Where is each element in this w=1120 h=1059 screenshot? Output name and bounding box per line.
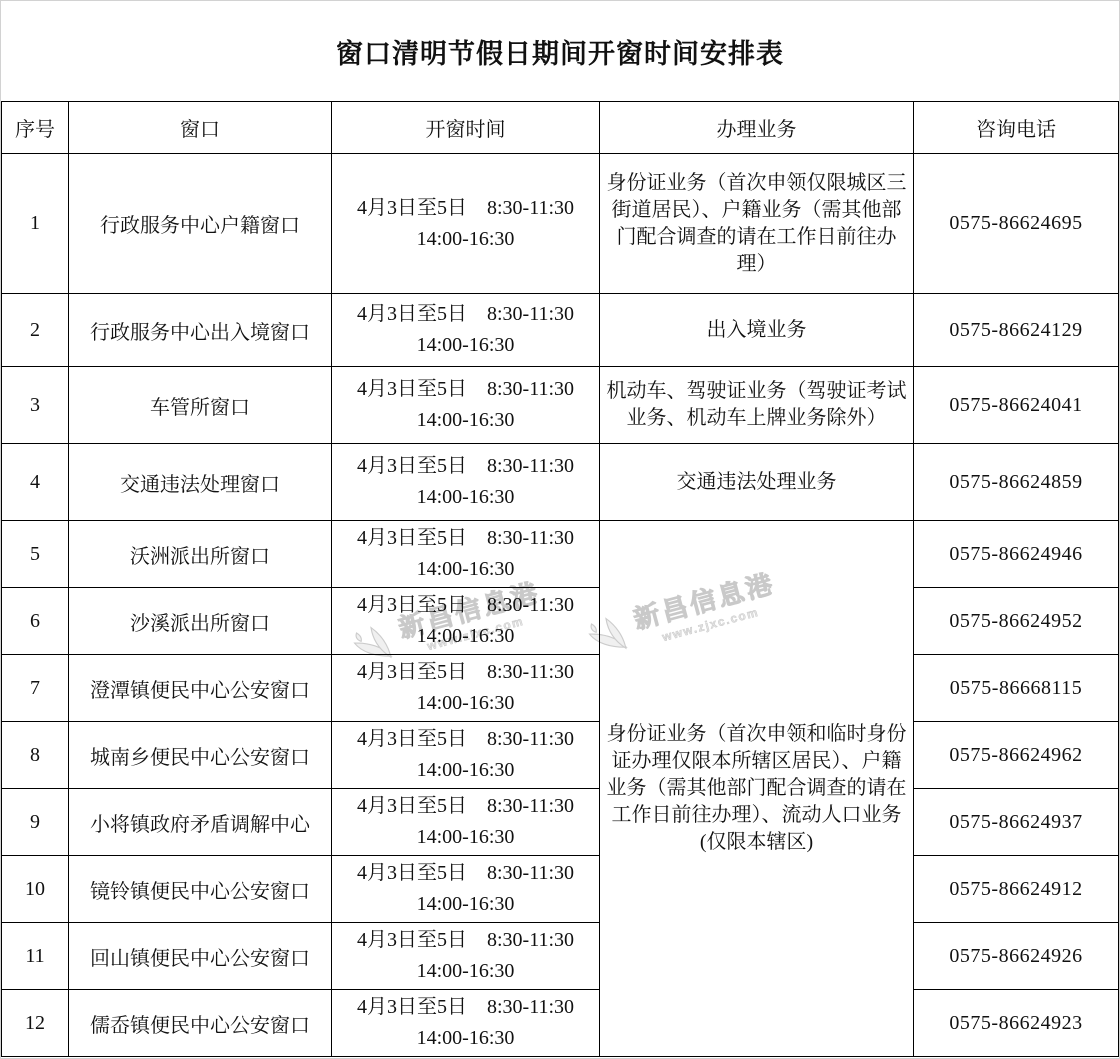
cell-phone: 0575-86624859 bbox=[914, 444, 1119, 521]
open-time-line: 4月3日至5日 8:30-11:30 bbox=[338, 299, 593, 330]
cell-open-time: 4月3日至5日 8:30-11:30 14:00-16:30 bbox=[332, 588, 600, 655]
cell-phone: 0575-86624946 bbox=[914, 521, 1119, 588]
open-time-line: 4月3日至5日 8:30-11:30 bbox=[338, 193, 593, 224]
cell-phone: 0575-86624926 bbox=[914, 923, 1119, 990]
cell-open-time: 4月3日至5日 8:30-11:30 14:00-16:30 bbox=[332, 856, 600, 923]
table-row: 4 交通违法处理窗口 4月3日至5日 8:30-11:30 14:00-16:3… bbox=[2, 444, 1119, 521]
cell-service-merged: 身份证业务（首次申领和临时身份证办理仅限本所辖区居民）、户籍业务（需其他部门配合… bbox=[600, 521, 914, 1057]
cell-no: 3 bbox=[2, 367, 69, 444]
cell-no: 11 bbox=[2, 923, 69, 990]
open-time-line: 14:00-16:30 bbox=[338, 330, 593, 361]
cell-no: 12 bbox=[2, 990, 69, 1057]
cell-open-time: 4月3日至5日 8:30-11:30 14:00-16:30 bbox=[332, 655, 600, 722]
cell-open-time: 4月3日至5日 8:30-11:30 14:00-16:30 bbox=[332, 444, 600, 521]
cell-phone: 0575-86624129 bbox=[914, 294, 1119, 367]
col-header-open-time: 开窗时间 bbox=[332, 102, 600, 154]
cell-phone: 0575-86624962 bbox=[914, 722, 1119, 789]
cell-window: 车管所窗口 bbox=[69, 367, 332, 444]
cell-no: 1 bbox=[2, 154, 69, 294]
open-time-line: 14:00-16:30 bbox=[338, 956, 593, 987]
cell-open-time: 4月3日至5日 8:30-11:30 14:00-16:30 bbox=[332, 990, 600, 1057]
cell-phone: 0575-86624952 bbox=[914, 588, 1119, 655]
cell-window: 沙溪派出所窗口 bbox=[69, 588, 332, 655]
cell-open-time: 4月3日至5日 8:30-11:30 14:00-16:30 bbox=[332, 367, 600, 444]
open-time-line: 14:00-16:30 bbox=[338, 688, 593, 719]
schedule-table: 序号 窗口 开窗时间 办理业务 咨询电话 1 行政服务中心户籍窗口 4月3日至5… bbox=[1, 101, 1119, 1057]
cell-window: 儒岙镇便民中心公安窗口 bbox=[69, 990, 332, 1057]
cell-no: 2 bbox=[2, 294, 69, 367]
table-row: 11 回山镇便民中心公安窗口 4月3日至5日 8:30-11:30 14:00-… bbox=[2, 923, 1119, 990]
table-row: 12 儒岙镇便民中心公安窗口 4月3日至5日 8:30-11:30 14:00-… bbox=[2, 990, 1119, 1057]
cell-phone: 0575-86624937 bbox=[914, 789, 1119, 856]
cell-window: 回山镇便民中心公安窗口 bbox=[69, 923, 332, 990]
page-title: 窗口清明节假日期间开窗时间安排表 bbox=[336, 32, 784, 71]
cell-window: 澄潭镇便民中心公安窗口 bbox=[69, 655, 332, 722]
header-row: 序号 窗口 开窗时间 办理业务 咨询电话 bbox=[2, 102, 1119, 154]
open-time-line: 14:00-16:30 bbox=[338, 405, 593, 436]
open-time-line: 4月3日至5日 8:30-11:30 bbox=[338, 374, 593, 405]
cell-phone: 0575-86624041 bbox=[914, 367, 1119, 444]
cell-no: 10 bbox=[2, 856, 69, 923]
cell-open-time: 4月3日至5日 8:30-11:30 14:00-16:30 bbox=[332, 923, 600, 990]
col-header-window: 窗口 bbox=[69, 102, 332, 154]
cell-window: 交通违法处理窗口 bbox=[69, 444, 332, 521]
table-row: 10 镜铃镇便民中心公安窗口 4月3日至5日 8:30-11:30 14:00-… bbox=[2, 856, 1119, 923]
open-time-line: 4月3日至5日 8:30-11:30 bbox=[338, 992, 593, 1023]
open-time-line: 14:00-16:30 bbox=[338, 621, 593, 652]
open-time-line: 4月3日至5日 8:30-11:30 bbox=[338, 590, 593, 621]
open-time-line: 4月3日至5日 8:30-11:30 bbox=[338, 858, 593, 889]
open-time-line: 4月3日至5日 8:30-11:30 bbox=[338, 657, 593, 688]
open-time-line: 14:00-16:30 bbox=[338, 554, 593, 585]
table-row: 9 小将镇政府矛盾调解中心 4月3日至5日 8:30-11:30 14:00-1… bbox=[2, 789, 1119, 856]
cell-no: 7 bbox=[2, 655, 69, 722]
table-row: 6 沙溪派出所窗口 4月3日至5日 8:30-11:30 14:00-16:30… bbox=[2, 588, 1119, 655]
cell-no: 8 bbox=[2, 722, 69, 789]
table-row: 3 车管所窗口 4月3日至5日 8:30-11:30 14:00-16:30 机… bbox=[2, 367, 1119, 444]
table-row: 7 澄潭镇便民中心公安窗口 4月3日至5日 8:30-11:30 14:00-1… bbox=[2, 655, 1119, 722]
table-row: 8 城南乡便民中心公安窗口 4月3日至5日 8:30-11:30 14:00-1… bbox=[2, 722, 1119, 789]
cell-phone: 0575-86624912 bbox=[914, 856, 1119, 923]
cell-open-time: 4月3日至5日 8:30-11:30 14:00-16:30 bbox=[332, 294, 600, 367]
cell-window: 城南乡便民中心公安窗口 bbox=[69, 722, 332, 789]
table-row: 2 行政服务中心出入境窗口 4月3日至5日 8:30-11:30 14:00-1… bbox=[2, 294, 1119, 367]
open-time-line: 14:00-16:30 bbox=[338, 889, 593, 920]
title-area: 窗口清明节假日期间开窗时间安排表 bbox=[1, 1, 1119, 101]
table-row: 1 行政服务中心户籍窗口 4月3日至5日 8:30-11:30 14:00-16… bbox=[2, 154, 1119, 294]
cell-no: 6 bbox=[2, 588, 69, 655]
cell-window: 镜铃镇便民中心公安窗口 bbox=[69, 856, 332, 923]
open-time-line: 4月3日至5日 8:30-11:30 bbox=[338, 523, 593, 554]
cell-open-time: 4月3日至5日 8:30-11:30 14:00-16:30 bbox=[332, 154, 600, 294]
open-time-line: 14:00-16:30 bbox=[338, 822, 593, 853]
table-row: 5 沃洲派出所窗口 4月3日至5日 8:30-11:30 14:00-16:30… bbox=[2, 521, 1119, 588]
cell-service: 身份证业务（首次申领仅限城区三街道居民）、户籍业务（需其他部门配合调查的请在工作… bbox=[600, 154, 914, 294]
col-header-service: 办理业务 bbox=[600, 102, 914, 154]
announcement-page: 新昌信息港 www.zjxc.com 新昌信息港 www.zjxc.com 窗口… bbox=[0, 0, 1120, 1059]
cell-service: 交通违法处理业务 bbox=[600, 444, 914, 521]
open-time-line: 4月3日至5日 8:30-11:30 bbox=[338, 451, 593, 482]
open-time-line: 14:00-16:30 bbox=[338, 482, 593, 513]
col-header-no: 序号 bbox=[2, 102, 69, 154]
cell-phone: 0575-86624695 bbox=[914, 154, 1119, 294]
open-time-line: 14:00-16:30 bbox=[338, 755, 593, 786]
cell-open-time: 4月3日至5日 8:30-11:30 14:00-16:30 bbox=[332, 789, 600, 856]
open-time-line: 14:00-16:30 bbox=[338, 224, 593, 255]
open-time-line: 4月3日至5日 8:30-11:30 bbox=[338, 724, 593, 755]
cell-phone: 0575-86668115 bbox=[914, 655, 1119, 722]
cell-open-time: 4月3日至5日 8:30-11:30 14:00-16:30 bbox=[332, 722, 600, 789]
cell-window: 行政服务中心出入境窗口 bbox=[69, 294, 332, 367]
cell-no: 5 bbox=[2, 521, 69, 588]
col-header-phone: 咨询电话 bbox=[914, 102, 1119, 154]
cell-window: 小将镇政府矛盾调解中心 bbox=[69, 789, 332, 856]
open-time-line: 14:00-16:30 bbox=[338, 1023, 593, 1054]
cell-phone: 0575-86624923 bbox=[914, 990, 1119, 1057]
cell-no: 4 bbox=[2, 444, 69, 521]
cell-open-time: 4月3日至5日 8:30-11:30 14:00-16:30 bbox=[332, 521, 600, 588]
open-time-line: 4月3日至5日 8:30-11:30 bbox=[338, 925, 593, 956]
cell-service: 机动车、驾驶证业务（驾驶证考试业务、机动车上牌业务除外） bbox=[600, 367, 914, 444]
cell-service: 出入境业务 bbox=[600, 294, 914, 367]
cell-window: 行政服务中心户籍窗口 bbox=[69, 154, 332, 294]
cell-window: 沃洲派出所窗口 bbox=[69, 521, 332, 588]
cell-no: 9 bbox=[2, 789, 69, 856]
open-time-line: 4月3日至5日 8:30-11:30 bbox=[338, 791, 593, 822]
